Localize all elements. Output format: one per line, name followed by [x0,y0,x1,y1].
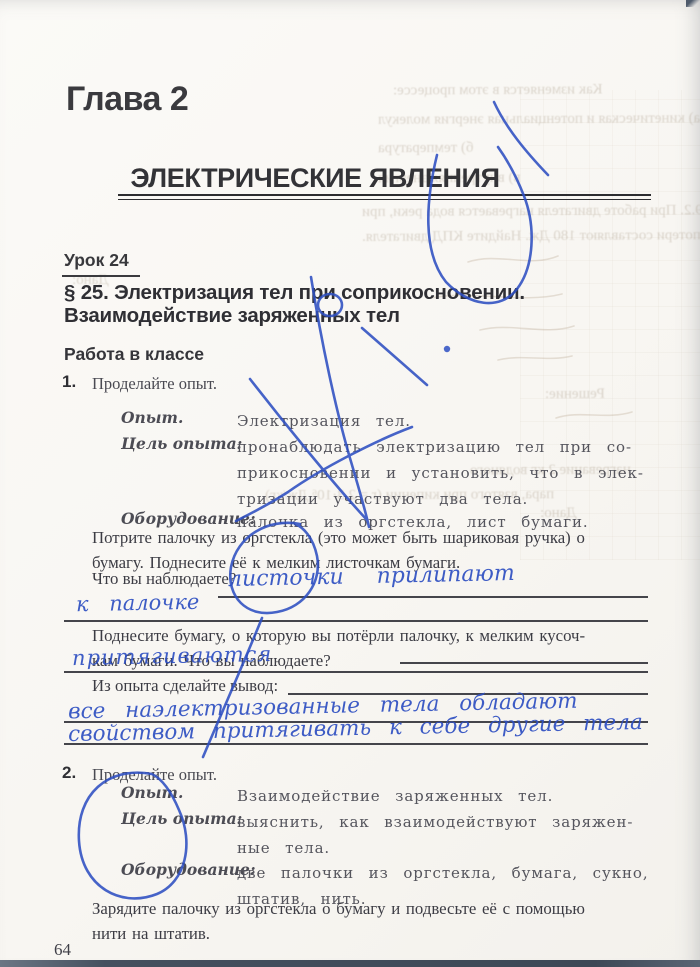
workbook-page: Как изменяется в этом процессе:а) кинети… [0,0,700,967]
book-edge [0,960,700,967]
task2-experiment-value: Взаимодействие заряженных тел. [237,783,652,809]
section-heading: § 25. Электризация тел при соприкосновен… [64,282,644,327]
task2-experiment-label: Опыт. [121,783,183,802]
subsection-heading: Работа в классе [64,344,204,365]
bleedthrough-line: этом потери составляют 180 Дж. Найдите К… [362,227,700,246]
task1-experiment-value: Электризация тел. [237,408,652,434]
bleedthrough-line: Решение: [545,386,605,403]
handwritten-answer-1-cont: к палочке [76,590,200,617]
task2-number: 2. [62,763,76,783]
chapter-title: ЭЛЕКТРИЧЕСКИЕ ЯВЛЕНИЯ [90,163,540,194]
task1-question-1: Что вы наблюдаете? [92,569,236,589]
title-divider [118,194,651,200]
answer-line [64,620,648,622]
pen-stroke [362,328,427,385]
task1-goal-value: пронаблюдать электризацию тел при со- пр… [237,434,652,512]
lesson-underline [62,275,140,277]
answer-line [218,596,648,598]
task1-conclusion-label: Из опыта сделайте вывод: [92,676,278,696]
answer-line [400,662,648,664]
task1-intro: Проделайте опыт. [92,374,217,394]
answer-line [64,671,648,673]
handwritten-answer-1: листочки прилипают [228,561,515,592]
chapter-heading: Глава 2 [66,80,188,119]
bleedthrough-line: Как изменяется в этом процессе: [393,81,603,99]
task2-goal-value: выяснить, как взаимодействуют заряжен- н… [237,809,652,861]
bleedthrough-line: Задача 9.2. При работе двигателя нагрева… [362,202,700,221]
task1-number: 1. [62,372,76,392]
scan-corner-artifact [686,0,700,7]
task1-goal-label: Цель опыта: [121,434,242,453]
page-number: 64 [54,940,71,960]
pen-dot [444,346,450,352]
task2-paragraph: Зарядите палочку из оргстекла о бумагу и… [92,896,652,946]
bleedthrough-line: а) кинетическая и потенциальная энергия … [378,110,700,129]
lesson-label: Урок 24 [64,250,129,271]
task2-goal-label: Цель опыта: [121,809,242,828]
task1-experiment-label: Опыт. [121,408,183,427]
handwritten-answer-2: притягиваются [72,642,273,670]
task2-intro: Проделайте опыт. [92,765,217,785]
bleedthrough-line: б) температура [378,140,474,158]
task2-equipment-label: Оборудование: [121,860,256,879]
